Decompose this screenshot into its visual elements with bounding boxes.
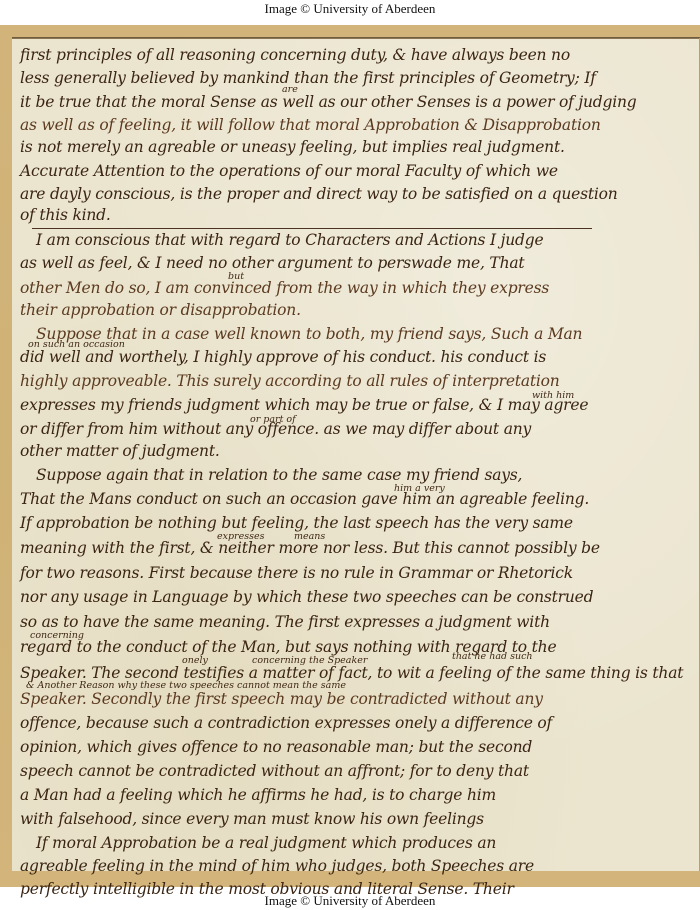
manuscript-line: If moral Approbation be a real judgment … — [36, 834, 496, 852]
manuscript-line: with falsehood, since every man must kno… — [20, 810, 484, 828]
manuscript-line: meaning with the first, & neither more n… — [20, 539, 600, 557]
manuscript-line: for two reasons. First because there is … — [20, 564, 573, 582]
manuscript-line: Speaker. Secondly the first speech may b… — [20, 690, 543, 708]
manuscript-line: other Men do so, I am convinced from the… — [20, 279, 549, 297]
manuscript-line: speech cannot be contradicted without an… — [20, 762, 529, 780]
manuscript-line: as well as feel, & I need no other argum… — [20, 254, 524, 272]
manuscript-line: If approbation be nothing but feeling, t… — [20, 514, 573, 532]
manuscript-line: expresses my friends judgment which may … — [20, 396, 588, 414]
manuscript-line: are dayly conscious, is the proper and d… — [20, 185, 618, 203]
manuscript-line: nor any usage in Language by which these… — [20, 588, 593, 606]
manuscript-line: is not merely an agreable or uneasy feel… — [20, 138, 565, 156]
manuscript-line: offence, because such a contradiction ex… — [20, 714, 552, 732]
manuscript-line: That the Mans conduct on such an occasio… — [20, 490, 589, 508]
manuscript-line: or differ from him without any offence. … — [20, 420, 531, 438]
manuscript-line: opinion, which gives offence to no reaso… — [20, 738, 532, 756]
manuscript-line: so as to have the same meaning. The firs… — [20, 613, 550, 631]
copyright-caption-bottom: Image © University of Aberdeen — [0, 893, 700, 909]
manuscript-mount: first principles of all reasoning concer… — [0, 25, 700, 887]
manuscript-line: of this kind. — [20, 206, 111, 224]
manuscript-line: agreable feeling in the mind of him who … — [20, 857, 534, 875]
manuscript-line: a Man had a feeling which he affirms he … — [20, 786, 496, 804]
copyright-caption-top: Image © University of Aberdeen — [0, 1, 700, 17]
interlinear-insertion: that he had such — [452, 651, 533, 662]
manuscript-line: highly approveable. This surely accordin… — [20, 372, 560, 390]
manuscript-line: their approbation or disapprobation. — [20, 301, 301, 319]
manuscript-line: first principles of all reasoning concer… — [20, 46, 570, 64]
manuscript-line: Accurate Attention to the operations of … — [20, 162, 558, 180]
manuscript-line: did well and worthely, I highly approve … — [20, 348, 546, 366]
manuscript-text: first principles of all reasoning concer… — [12, 38, 700, 871]
manuscript-line: as well as of feeling, it will follow th… — [20, 116, 601, 134]
manuscript-line: Suppose again that in relation to the sa… — [36, 466, 522, 484]
section-divider — [32, 228, 592, 229]
manuscript-line: less generally believed by mankind than … — [20, 69, 596, 87]
manuscript-page: first principles of all reasoning concer… — [12, 37, 700, 871]
manuscript-line: it be true that the moral Sense as well … — [20, 93, 637, 111]
manuscript-line: other matter of judgment. — [20, 442, 220, 460]
manuscript-line: I am conscious that with regard to Chara… — [36, 231, 543, 249]
